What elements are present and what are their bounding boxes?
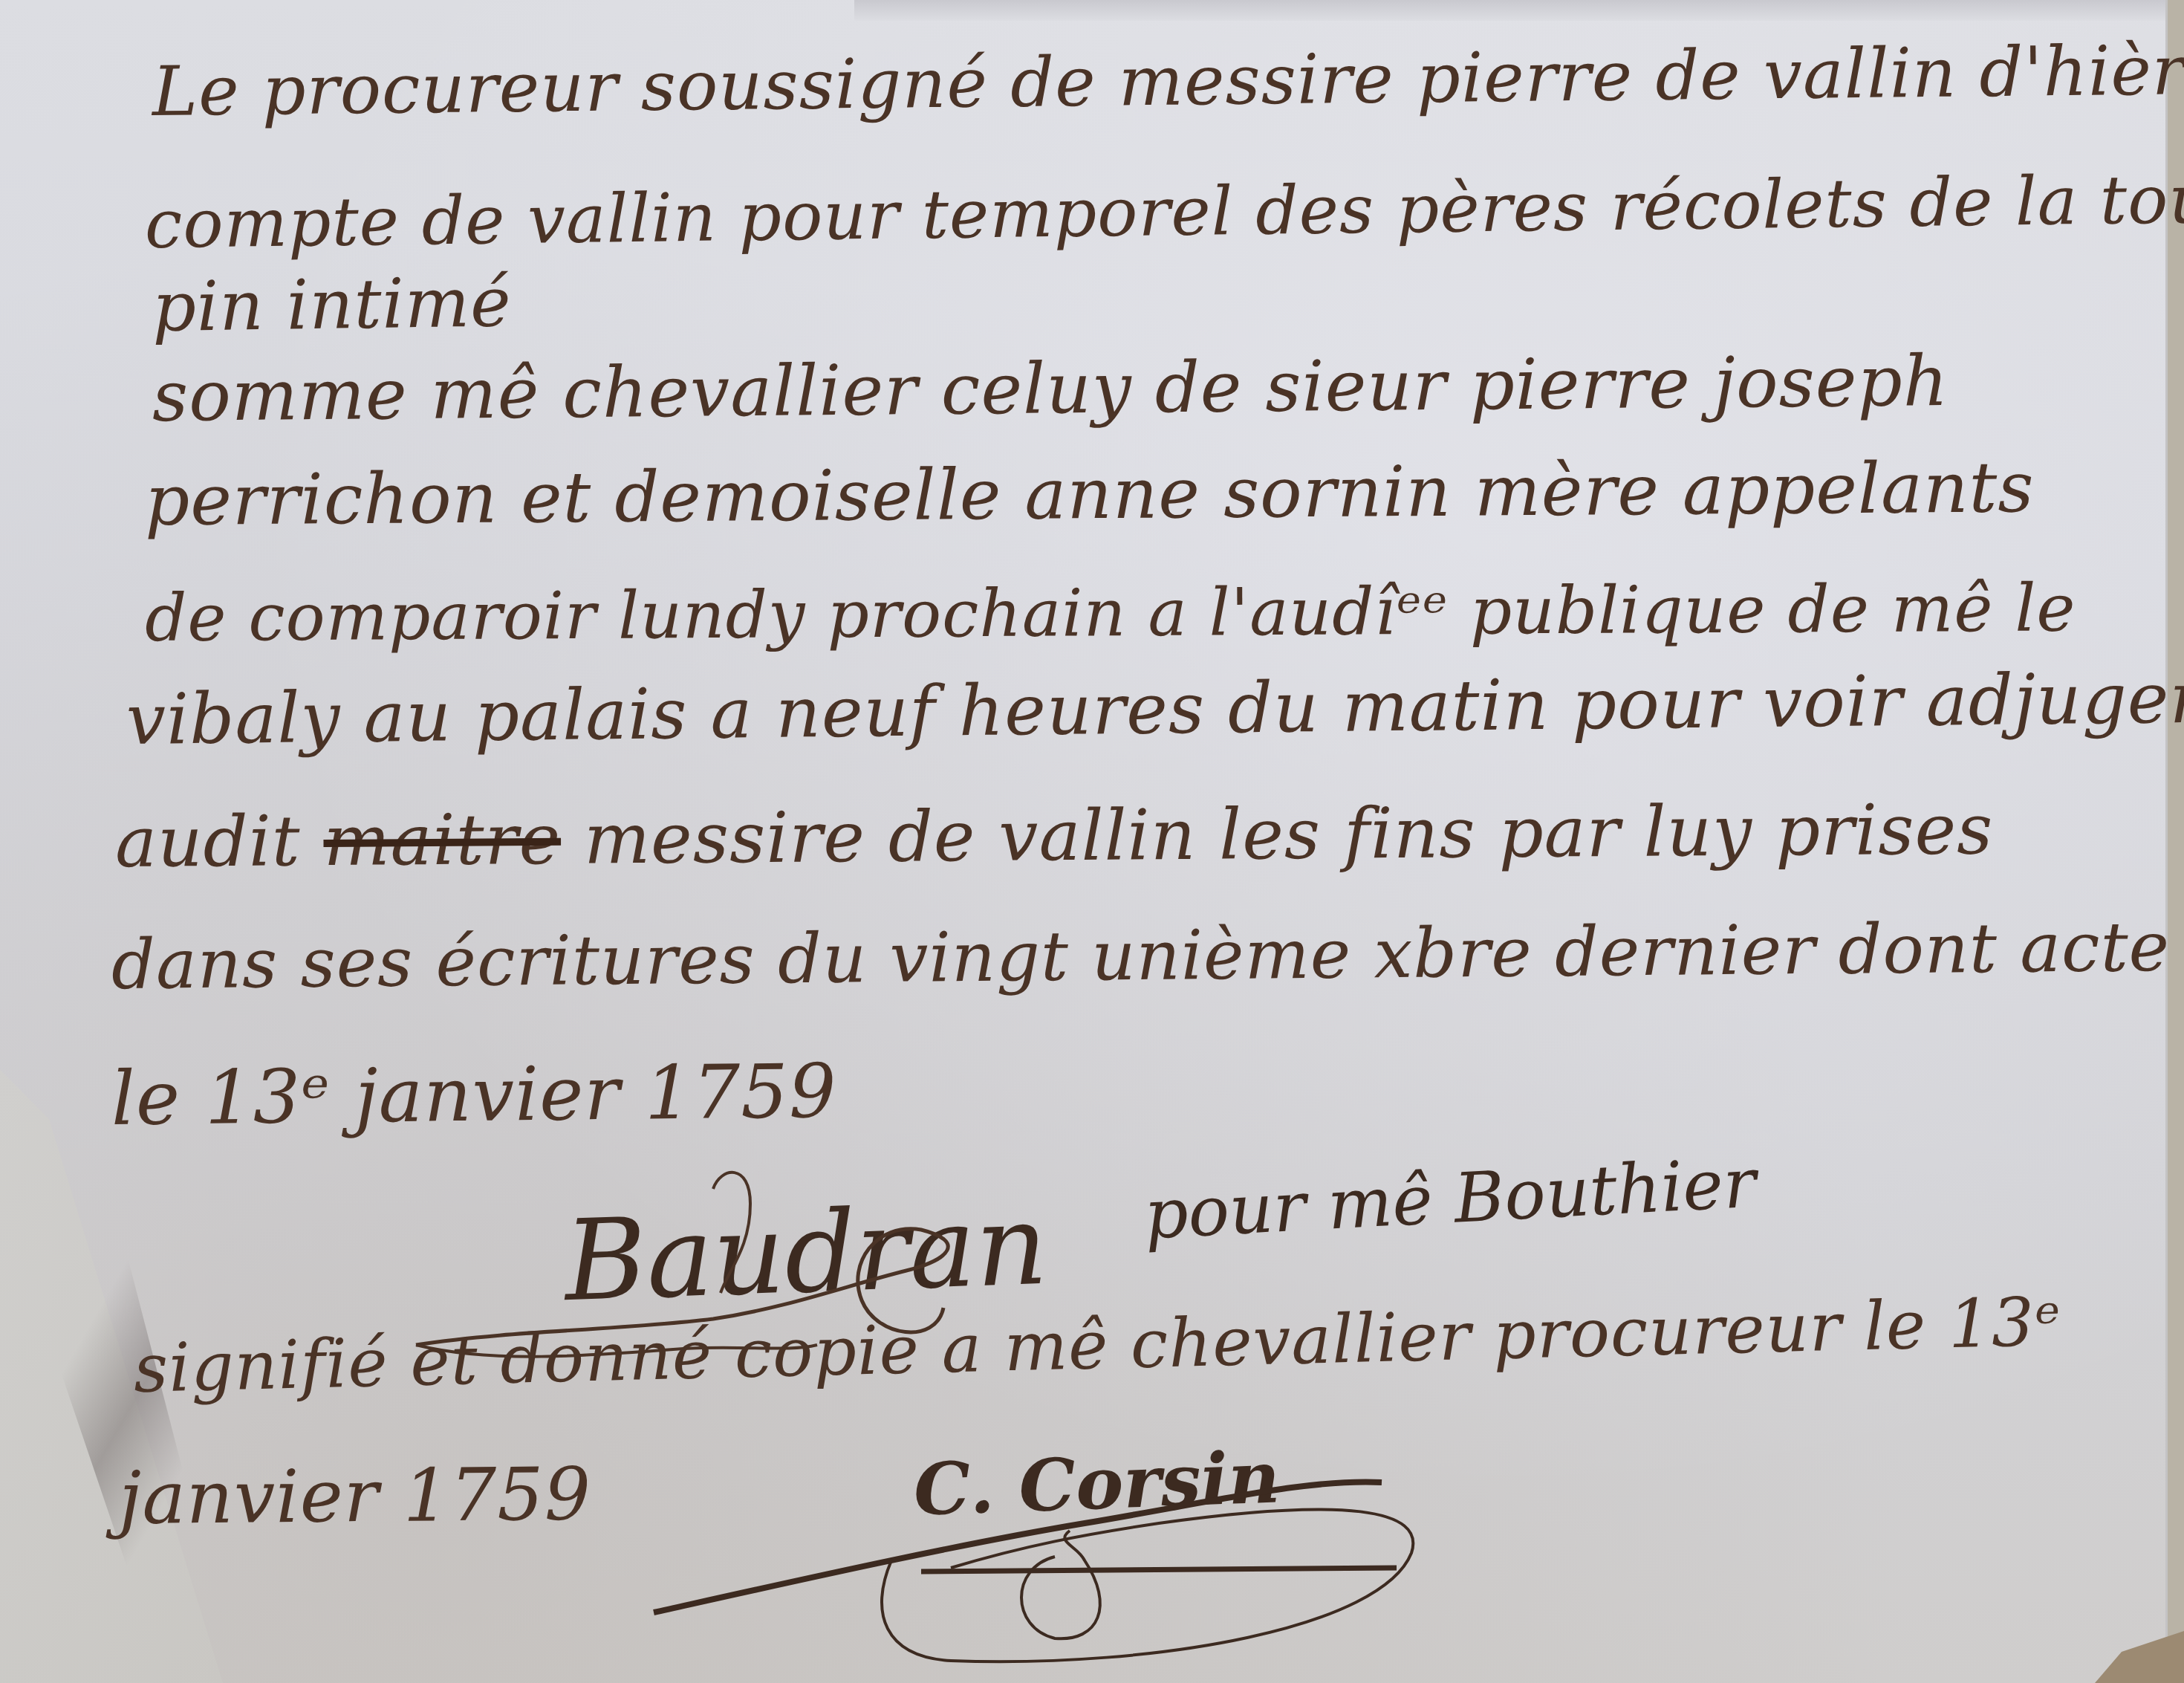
struck-out-word: maitre [323,800,561,882]
text-line-5: perrichon et demoiselle anne sornin mère… [145,447,2035,542]
text-line-3: pin intimé [152,262,512,347]
text-line-6: de comparoir lundy prochain a l'audîᵉᵉ p… [145,569,2076,656]
text-line-8: audit maitre messire de vallin les fins … [115,789,1994,883]
text-line-8-suffix: messire de vallin les fins par luy prise… [584,789,1994,880]
text-line-8-prefix: audit [115,801,301,883]
text-line-10-date: le 13ᵉ janvier 1759 [111,1048,837,1142]
service-note-line-2: janvier 1759 [119,1452,592,1541]
page-top-fold [854,0,2165,21]
text-line-4: somme mê chevallier celuy de sieur pierr… [152,341,1949,438]
signature-flourish-2 [639,1456,1605,1679]
